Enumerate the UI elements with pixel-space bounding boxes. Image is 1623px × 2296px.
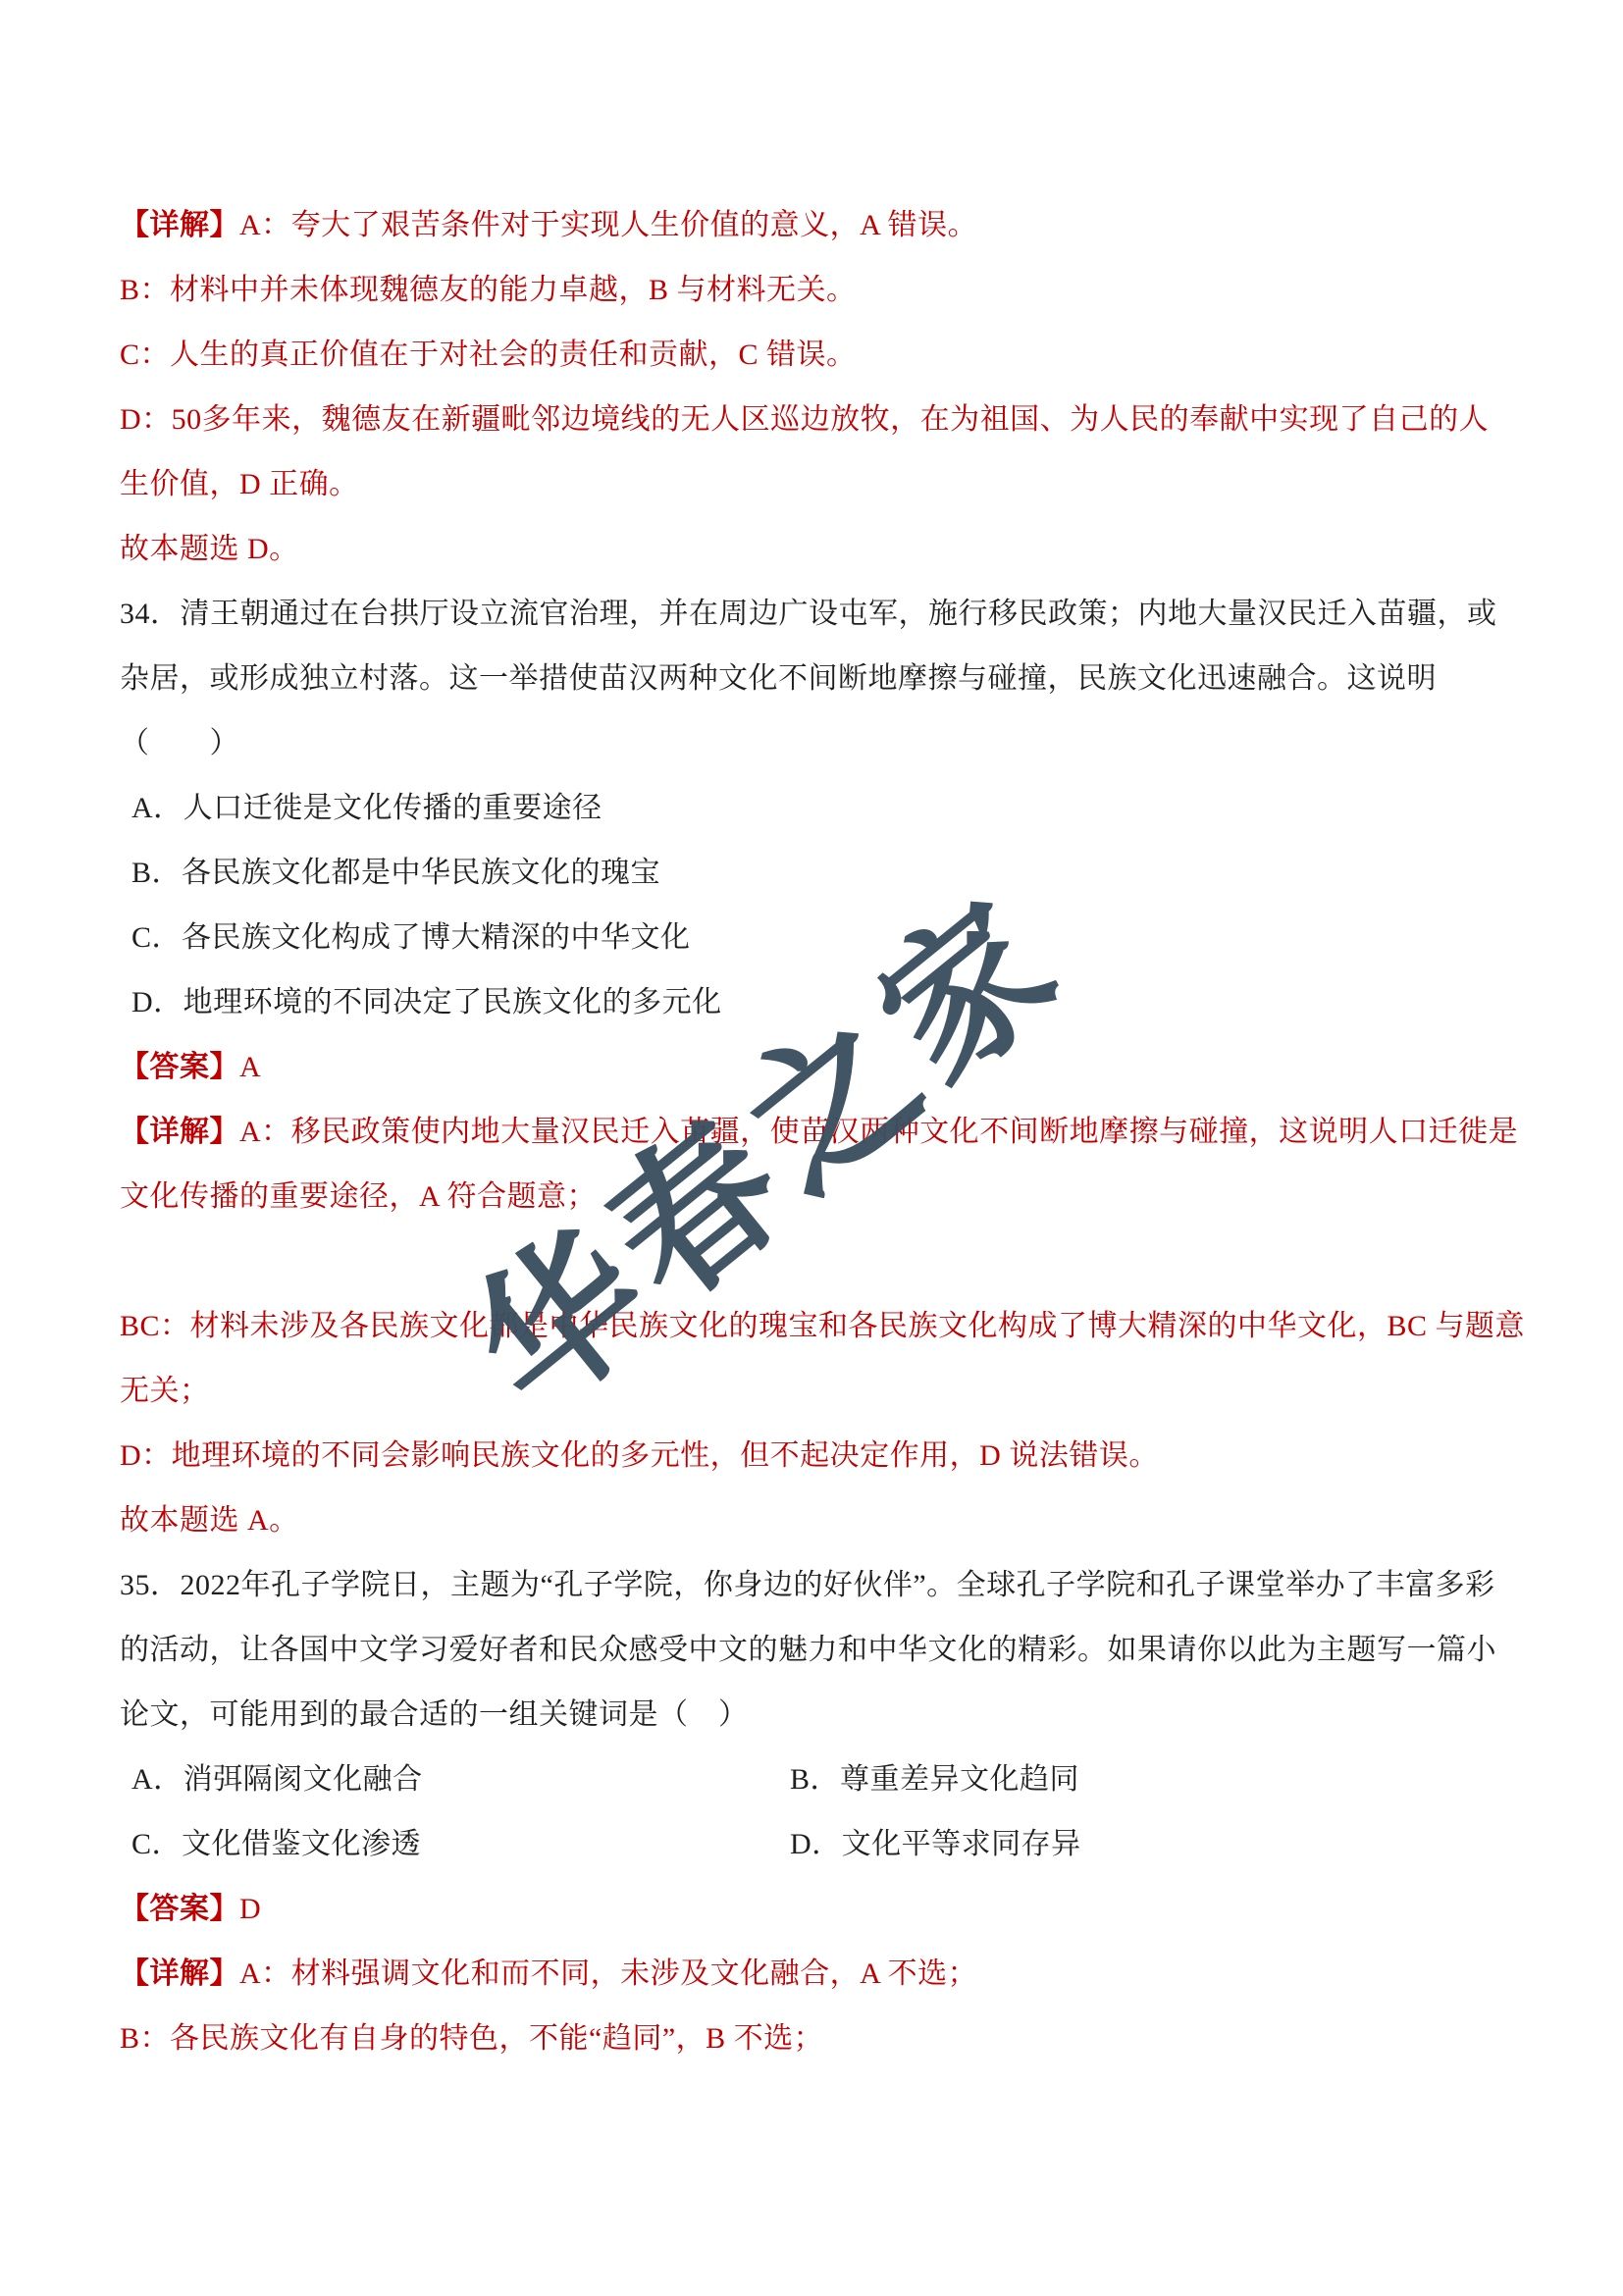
line-text: 生价值，D 正确。 bbox=[120, 468, 359, 500]
line-text: D：地理环境的不同会影响民族文化的多元性，但不起决定作用，D 说法错误。 bbox=[120, 1439, 1159, 1472]
text-line: C：人生的真正价值在于对社会的责任和贡献，C 错误。 bbox=[120, 323, 1552, 388]
text-line: （ ） bbox=[120, 711, 1552, 776]
labeled-text-line: 【详解】A：材料强调文化和而不同，未涉及文化融合，A 不选； bbox=[120, 1942, 1552, 2007]
text-line: 论文，可能用到的最合适的一组关键词是（ ） bbox=[120, 1683, 1552, 1748]
bracket-label: 【答案】 bbox=[120, 1051, 239, 1083]
bracket-label: 【答案】 bbox=[120, 1893, 239, 1925]
option-right: B．尊重差异文化趋同 bbox=[790, 1748, 1079, 1812]
line-text: D：50多年来，魏德友在新疆毗邻边境线的无人区巡边放牧，在为祖国、为人民的奉献中… bbox=[120, 403, 1489, 436]
text-line: 的活动，让各国中文学习爱好者和民众感受中文的魅力和中华文化的精彩。如果请你以此为… bbox=[120, 1618, 1552, 1683]
labeled-text-line: 【详解】A：夸大了艰苦条件对于实现人生价值的意义，A 错误。 bbox=[120, 193, 1552, 258]
bracket-label: 【详解】 bbox=[120, 1116, 239, 1148]
option-line: A．人口迁徙是文化传播的重要途径 bbox=[120, 776, 1552, 841]
line-text: A：材料强调文化和而不同，未涉及文化融合，A 不选； bbox=[239, 1957, 977, 1990]
line-text: 论文，可能用到的最合适的一组关键词是（ ） bbox=[120, 1698, 749, 1731]
labeled-text-line: 【答案】D bbox=[120, 1877, 1552, 1942]
line-text: （ ） bbox=[120, 727, 239, 759]
option-left: C．文化借鉴文化渗透 bbox=[120, 1812, 790, 1877]
line-text: A．人口迁徙是文化传播的重要途径 bbox=[131, 792, 602, 824]
text-line: 故本题选 A。 bbox=[120, 1488, 1552, 1553]
line-text: D bbox=[239, 1893, 261, 1925]
text-line: 故本题选 D。 bbox=[120, 517, 1552, 582]
option-line: B．各民族文化都是中华民族文化的瑰宝 bbox=[120, 841, 1552, 906]
text-line: 生价值，D 正确。 bbox=[120, 452, 1552, 517]
line-text: B．各民族文化都是中华民族文化的瑰宝 bbox=[131, 857, 660, 889]
option-right: D．文化平等求同存异 bbox=[790, 1812, 1081, 1877]
option-row: A．消弭隔阂文化融合B．尊重差异文化趋同 bbox=[120, 1748, 1552, 1812]
line-text: D．地理环境的不同决定了民族文化的多元化 bbox=[131, 986, 722, 1018]
text-line: D：50多年来，魏德友在新疆毗邻边境线的无人区巡边放牧，在为祖国、为人民的奉献中… bbox=[120, 388, 1552, 452]
text-line: 35．2022年孔子学院日，主题为“孔子学院，你身边的好伙伴”。全球孔子学院和孔… bbox=[120, 1553, 1552, 1618]
line-text: 的活动，让各国中文学习爱好者和民众感受中文的魅力和中华文化的精彩。如果请你以此为… bbox=[120, 1634, 1496, 1666]
bracket-label: 【详解】 bbox=[120, 209, 239, 241]
bracket-label: 【详解】 bbox=[120, 1957, 239, 1990]
line-text: A bbox=[239, 1051, 261, 1083]
option-row: C．文化借鉴文化渗透D．文化平等求同存异 bbox=[120, 1812, 1552, 1877]
document-page: 【详解】A：夸大了艰苦条件对于实现人生价值的意义，A 错误。B：材料中并未体现魏… bbox=[0, 0, 1623, 2296]
option-left: A．消弭隔阂文化融合 bbox=[120, 1748, 790, 1812]
line-text: 无关； bbox=[120, 1375, 210, 1407]
line-text: BC：材料未涉及各民族文化都是中华民族文化的瑰宝和各民族文化构成了博大精深的中华… bbox=[120, 1310, 1525, 1342]
line-text: 34．清王朝通过在台拱厅设立流官治理，并在周边广设屯军，施行移民政策；内地大量汉… bbox=[120, 598, 1497, 630]
line-text: A：夸大了艰苦条件对于实现人生价值的意义，A 错误。 bbox=[239, 209, 977, 241]
text-line: BC：材料未涉及各民族文化都是中华民族文化的瑰宝和各民族文化构成了博大精深的中华… bbox=[120, 1294, 1552, 1359]
line-text: 35．2022年孔子学院日，主题为“孔子学院，你身边的好伙伴”。全球孔子学院和孔… bbox=[120, 1569, 1495, 1601]
line-text: 故本题选 A。 bbox=[120, 1504, 299, 1537]
blank-line bbox=[120, 1229, 1552, 1294]
line-text: B：各民族文化有自身的特色，不能“趋同”，B 不选； bbox=[120, 2022, 823, 2055]
line-text: B：材料中并未体现魏德友的能力卓越，B 与材料无关。 bbox=[120, 274, 857, 306]
line-text: 杂居，或形成独立村落。这一举措使苗汉两种文化不间断地摩擦与碰撞，民族文化迅速融合… bbox=[120, 662, 1437, 695]
line-text: C．各民族文化构成了博大精深的中华文化 bbox=[131, 921, 691, 954]
text-line: B：材料中并未体现魏德友的能力卓越，B 与材料无关。 bbox=[120, 258, 1552, 323]
text-line: D：地理环境的不同会影响民族文化的多元性，但不起决定作用，D 说法错误。 bbox=[120, 1424, 1552, 1488]
text-line: 杂居，或形成独立村落。这一举措使苗汉两种文化不间断地摩擦与碰撞，民族文化迅速融合… bbox=[120, 647, 1552, 711]
line-text: C：人生的真正价值在于对社会的责任和贡献，C 错误。 bbox=[120, 339, 857, 371]
text-line: 无关； bbox=[120, 1359, 1552, 1424]
text-line: 34．清王朝通过在台拱厅设立流官治理，并在周边广设屯军，施行移民政策；内地大量汉… bbox=[120, 582, 1552, 647]
line-text: 故本题选 D。 bbox=[120, 533, 299, 565]
text-line: B：各民族文化有自身的特色，不能“趋同”，B 不选； bbox=[120, 2007, 1552, 2071]
